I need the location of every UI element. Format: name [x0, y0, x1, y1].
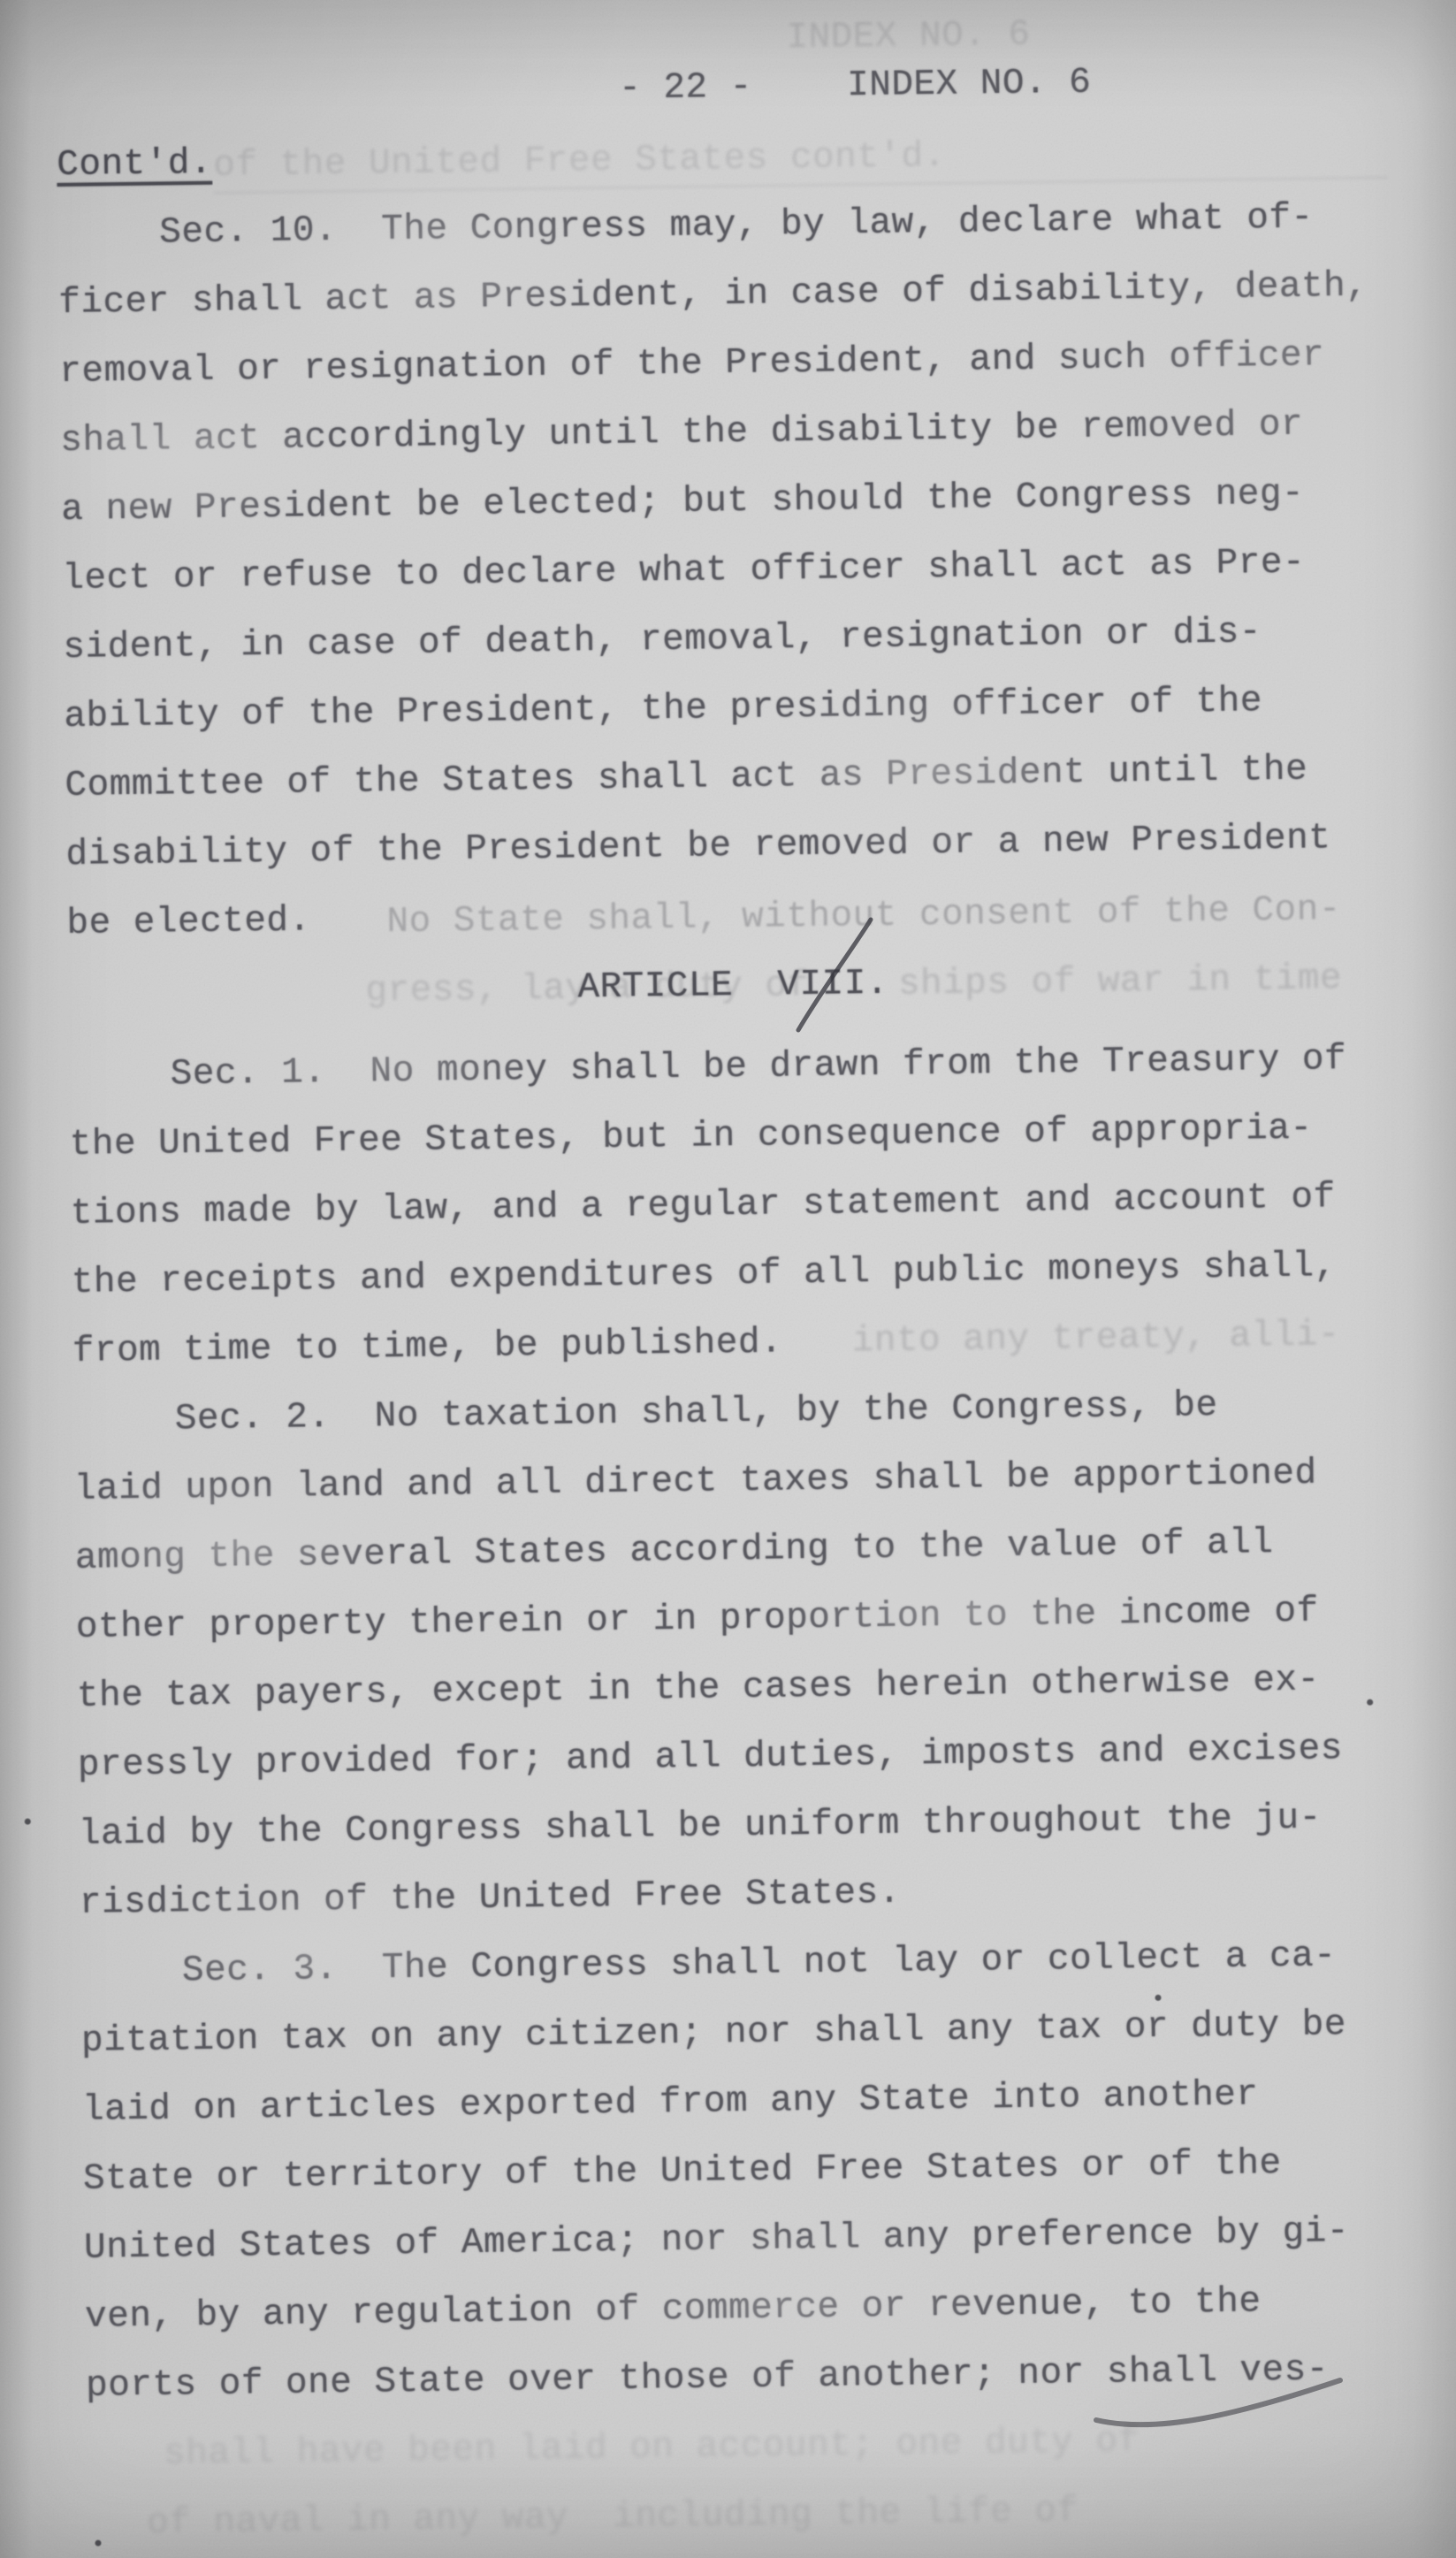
ghost-bleed-text: of the United Free States cont'd. [213, 133, 1388, 194]
ghost-bleed-text: shall have been laid on account; one dut… [164, 2424, 1140, 2472]
text-line: Sec. 3. The Congress shall not lay or co… [182, 1938, 1337, 1989]
text-line: ability of the President, the presiding … [64, 683, 1262, 736]
text-line: pressly provided for; and all duties, im… [78, 1731, 1343, 1784]
continuation: Cont'd. [57, 146, 212, 184]
text-line: removal or resignation of the President,… [59, 338, 1324, 391]
page-number: - 22 - [619, 70, 752, 108]
text-line: be elected. [66, 903, 311, 943]
ink-speck [1155, 1995, 1161, 2001]
text-line: risdiction of the United Free States. [80, 1875, 901, 1922]
text-line: ven, by any regulation of commerce or re… [85, 2284, 1262, 2335]
ghost-bleed-text: No State shall, without consent of the C… [386, 892, 1341, 941]
text-line: the tax payers, except in the cases here… [77, 1662, 1320, 1714]
ghost-bleed-text: gress, lay a duty of ships of war in tim… [365, 961, 1342, 1010]
text-line: a new President be elected; but should t… [61, 477, 1304, 529]
text-line: ficer shall act as President, in case of… [58, 269, 1368, 322]
typewritten-content: - 22 -INDEX NO. 6Cont'd.Sec. 10. The Con… [0, 0, 1456, 2558]
ghost-bleed-text: INDEX NO. 6 [786, 18, 1031, 57]
text-line: laid by the Congress shall be uniform th… [79, 1800, 1322, 1852]
text-line: tions made by law, and a regular stateme… [71, 1180, 1336, 1233]
text-line: laid upon land and all direct taxes shal… [74, 1455, 1317, 1508]
text-line: Committee of the States shall act as Pre… [65, 752, 1307, 805]
text-line: other property therein or in proportion … [76, 1593, 1319, 1646]
ink-speck [95, 2540, 101, 2547]
text-line: pitation tax on any citizen; nor shall a… [81, 2007, 1346, 2060]
text-line: shall act accordingly until the disabili… [60, 408, 1303, 460]
text-line: Sec. 2. No taxation shall, by the Congre… [175, 1388, 1218, 1438]
text-line: the receipts and expenditures of all pub… [72, 1248, 1337, 1302]
text-line: United States of America; nor shall any … [84, 2214, 1349, 2267]
text-line: the United Free States, but in consequen… [70, 1111, 1313, 1163]
text-line: State or territory of the United Free St… [83, 2146, 1282, 2198]
ghost-bleed-text: into any treaty, alli- [852, 1317, 1341, 1360]
text-line: Sec. 10. The Congress may, by law, decla… [159, 200, 1314, 251]
text-line: from time to time, be published. [72, 1325, 783, 1371]
text-line: among the several States according to th… [75, 1525, 1274, 1577]
text-line: Sec. 1. No money shall be drawn from the… [170, 1042, 1346, 1093]
text-line: sident, in case of death, removal, resig… [63, 615, 1262, 667]
text-line: ports of one State over those of another… [86, 2352, 1329, 2404]
ink-speck [1367, 1699, 1373, 1706]
ghost-bleed-text: of naval in any way including the life o… [147, 2493, 1079, 2542]
document-page: - 22 -INDEX NO. 6Cont'd.Sec. 10. The Con… [0, 0, 1456, 2558]
text-line: disability of the President be removed o… [65, 821, 1330, 874]
text-line: laid on articles exported from any State… [82, 2077, 1259, 2128]
ink-speck [25, 1819, 31, 1825]
index-label: INDEX NO. 6 [847, 65, 1092, 105]
text-line: lect or refuse to declare what officer s… [62, 546, 1305, 598]
